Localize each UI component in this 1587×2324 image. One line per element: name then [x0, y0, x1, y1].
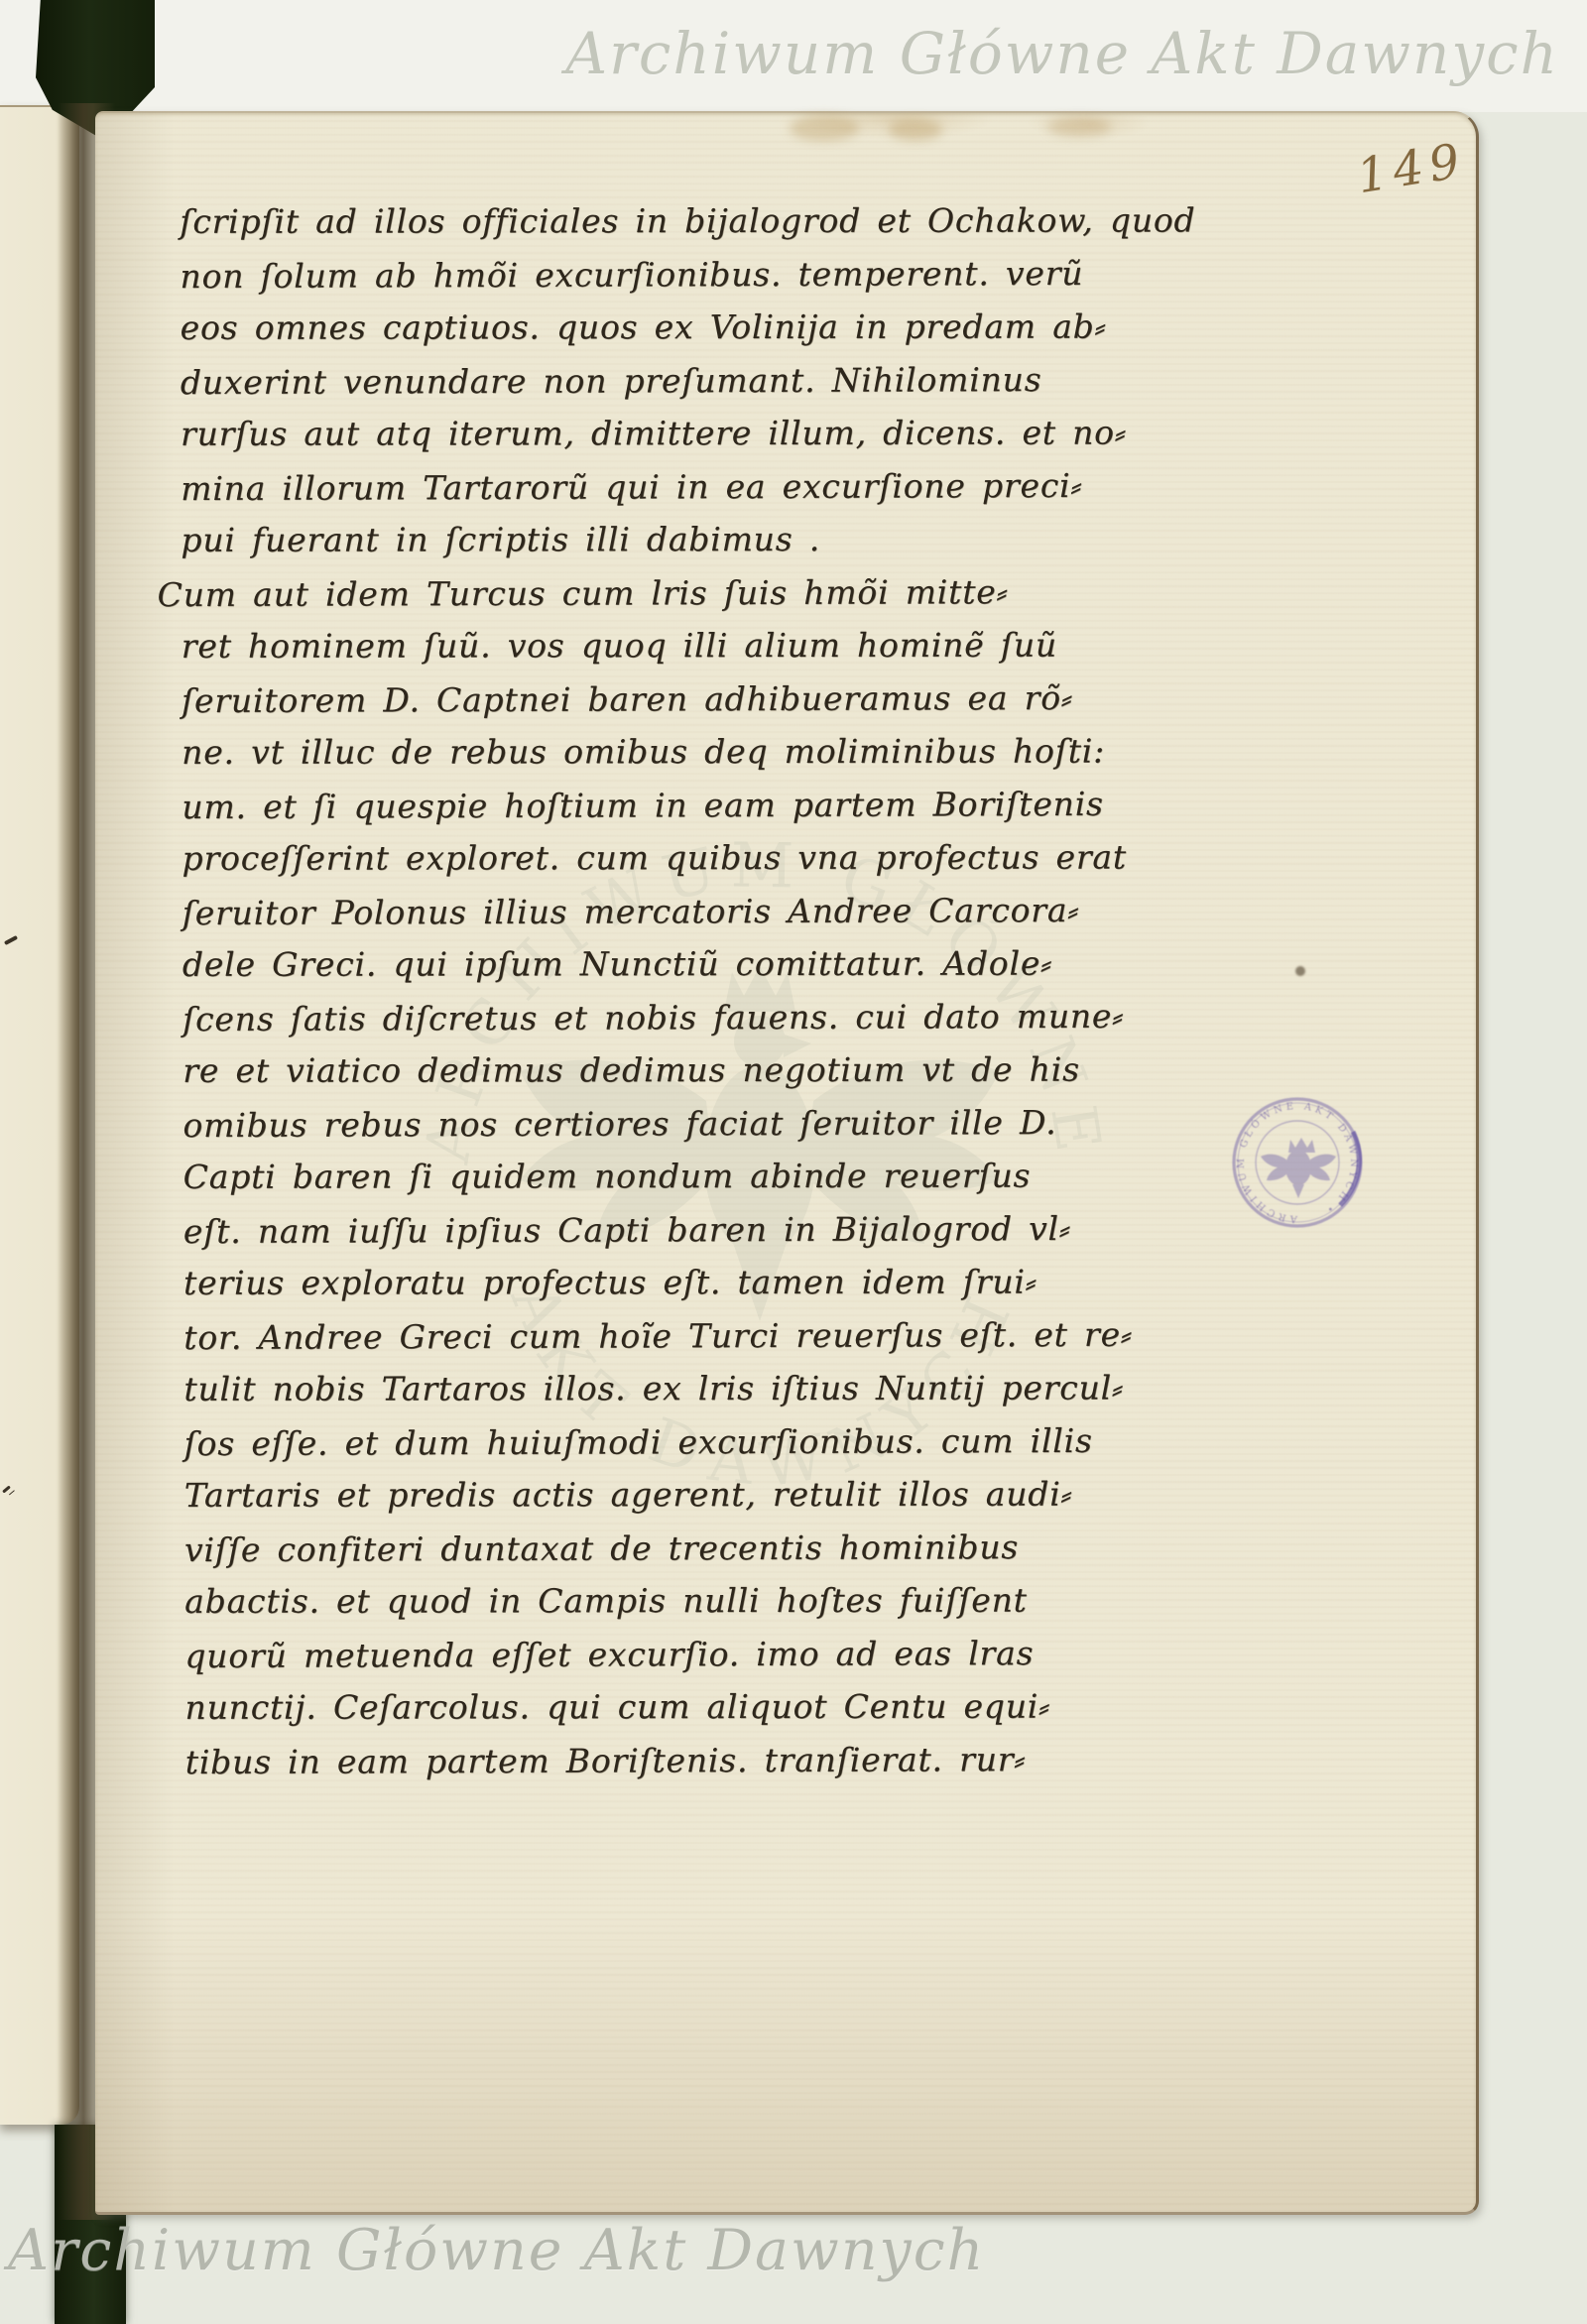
manuscript-line: tulit nobis Tartaros illos. ex lris iſti…: [183, 1361, 1354, 1415]
manuscript-line: Tartaris et predis actis agerent, retuli…: [184, 1467, 1355, 1522]
manuscript-line: pui fuerant in ſcriptis illi dabimus .: [181, 512, 1351, 566]
manuscript-line: tibus in eam partem Boriſtenis. tranſier…: [185, 1731, 1356, 1788]
ink-fleck: [4, 935, 18, 945]
archive-watermark-top: Archiwum Główne Akt Dawnych: [565, 20, 1559, 87]
manuscript-line: non ſolum ab hmõi excurſionibus. tempere…: [180, 245, 1350, 303]
manuscript-line: omibus rebus nos certiores faciat ſeruit…: [183, 1094, 1353, 1152]
manuscript-line: quorũ metuenda eſſet excurſio. imo ad ea…: [184, 1625, 1355, 1682]
manuscript-line: ſcripſit ad illos officiales in bijalogr…: [180, 193, 1350, 248]
manuscript-line: mina illorum Tartarorũ qui in ea excurſi…: [181, 457, 1351, 515]
manuscript-line: proceſſerint exploret. cum quibus vna pr…: [182, 830, 1352, 885]
manuscript-line: viſſe confiteri duntaxat de trecentis ho…: [184, 1519, 1355, 1576]
manuscript-text-block: ſcripſit ad illos officiales in bijalogr…: [180, 192, 1356, 1788]
manuscript-line: ſeruitor Polonus illius mercatoris Andre…: [183, 882, 1353, 939]
manuscript-line: ret hominem ſuũ. vos quoq illi alium hom…: [182, 618, 1352, 673]
manuscript-line: ne. vt illuc de rebus omibus deq molimin…: [182, 724, 1352, 779]
manuscript-line: Capti baren ſi quidem nondum abinde reue…: [183, 1149, 1354, 1203]
manuscript-line: re et viatico dedimus dedimus negotium v…: [183, 1042, 1353, 1097]
manuscript-line: rurſus aut atq iterum, dimittere illum, …: [181, 406, 1351, 460]
manuscript-line: tor. Andree Greci cum hoĩe Turci reuerſu…: [183, 1306, 1354, 1364]
ink-fleck: [2, 1485, 11, 1493]
archive-stamp: ARCHIWUM GŁÓWNE AKT DAWNYCH •: [1223, 1088, 1372, 1237]
stamp-eagle-icon: [1261, 1138, 1336, 1198]
manuscript-line: ſeruitorem D. Captnei baren adhibueramus…: [182, 670, 1352, 727]
manuscript-line: terius exploratu profectus eſt. tamen id…: [183, 1255, 1354, 1309]
manuscript-line: duxerint venundare non preſumant. Nihilo…: [181, 351, 1351, 409]
manuscript-page: ARCHIWUM GŁÓWNE AKT DAWNYCH 149 ſcripſit…: [95, 111, 1479, 2215]
manuscript-line: ſcens ſatis diſcretus et nobis fauens. c…: [183, 988, 1353, 1045]
manuscript-line: nunctij. Ceſarcolus. qui cum aliquot Cen…: [184, 1679, 1355, 1734]
paper-stain: [1047, 117, 1111, 137]
manuscript-line: um. et ſi quespie hoſtium in eam partem …: [182, 776, 1352, 833]
manuscript-line: ſos eſſe. et dum huiuſmodi excurſionibus…: [183, 1412, 1354, 1470]
manuscript-line: Cum aut idem Turcus cum lris ſuis hmõi m…: [158, 563, 1352, 621]
manuscript-line: dele Greci. qui ipſum Nunctiũ comittatur…: [183, 936, 1353, 991]
manuscript-line: abactis. et quod in Campis nulli hoſtes …: [184, 1573, 1355, 1628]
folio-number: 149: [1353, 133, 1469, 204]
manuscript-line: eos omnes captiuos. quos ex Volinija in …: [181, 300, 1351, 354]
manuscript-line: eſt. nam iuſſu ipſius Capti baren in Bij…: [183, 1200, 1354, 1258]
paper-stain: [790, 115, 859, 141]
paper-stain: [889, 119, 942, 141]
archive-watermark-bottom: Archiwum Główne Akt Dawnych: [8, 2218, 985, 2283]
